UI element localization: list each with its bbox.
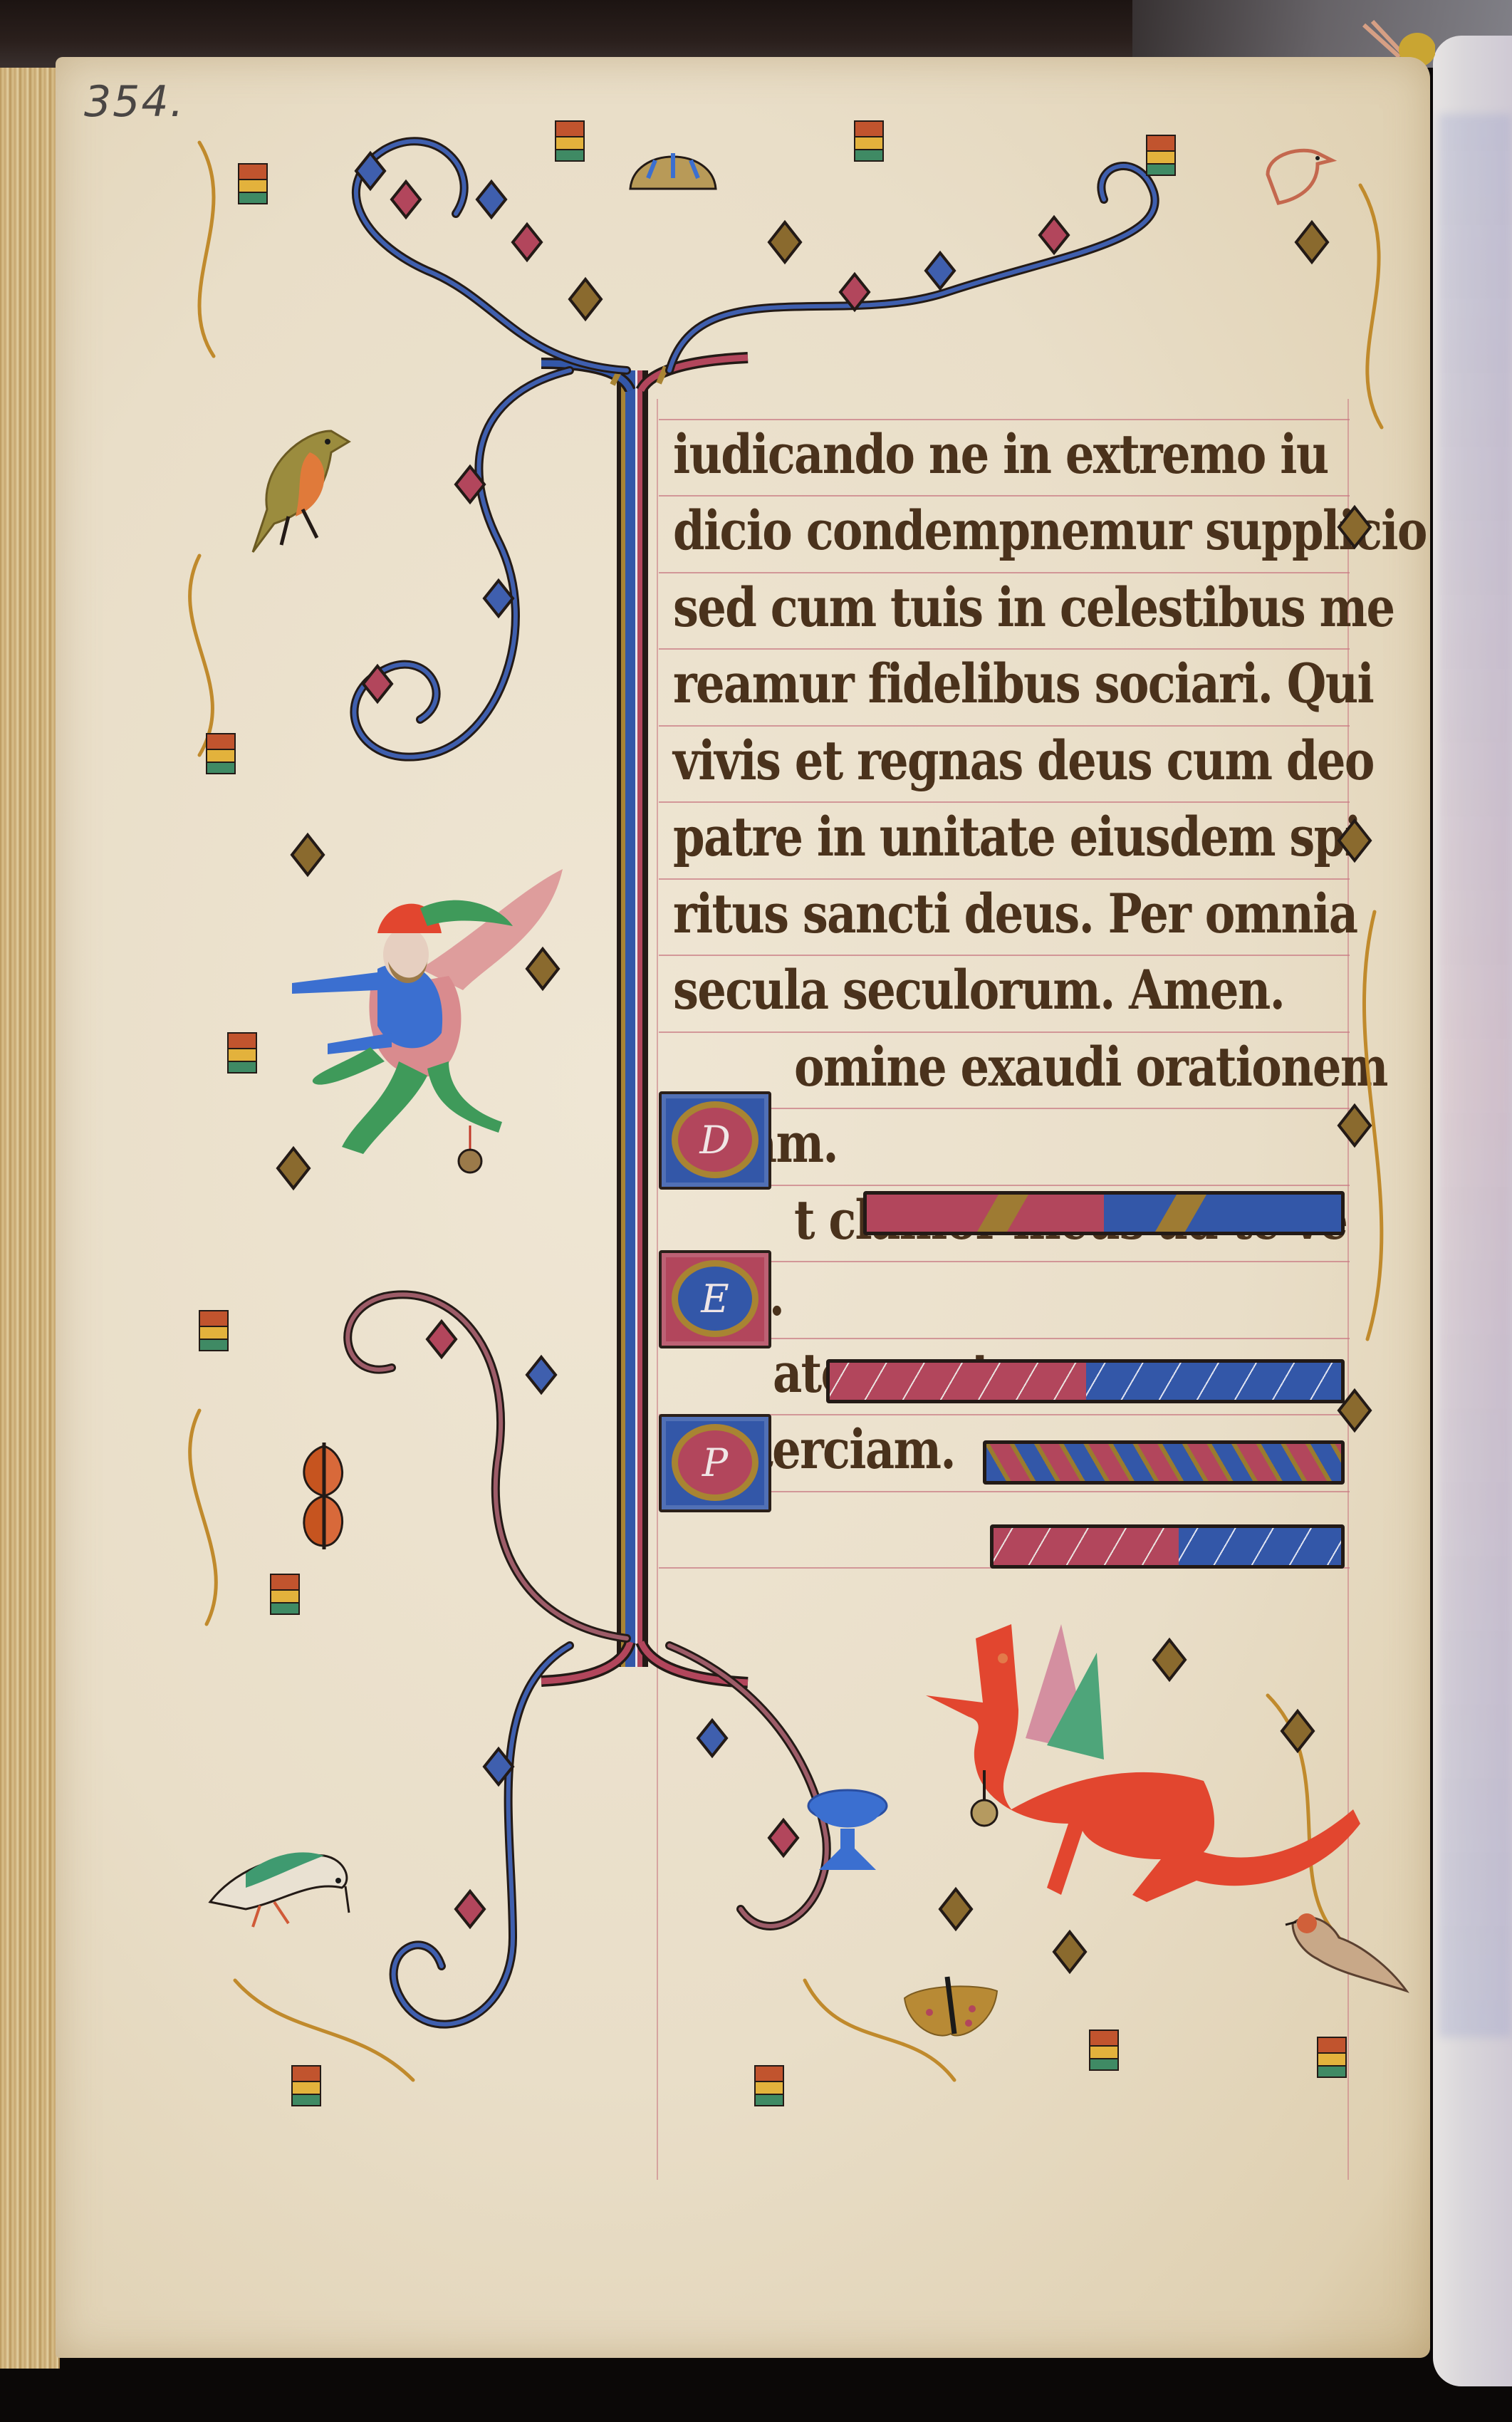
- songbird-illustration: [224, 402, 353, 566]
- dome-ornament-illustration: [627, 139, 719, 199]
- bud: [239, 164, 267, 204]
- pink-bird-illustration: [1261, 132, 1339, 210]
- adjacent-page-show-through: [1439, 114, 1512, 2037]
- chalice-illustration: [805, 1784, 890, 1877]
- red-dragon-illustration: [919, 1596, 1360, 1916]
- jester-hybrid-illustration: [264, 848, 577, 1183]
- small-bird-illustration: [1282, 1909, 1410, 2002]
- wading-bird-illustration: [203, 1831, 360, 1930]
- gold-butterfly-illustration: [901, 1963, 1001, 2041]
- book-block-edges: [0, 68, 60, 2369]
- butterfly-illustration: [296, 1439, 353, 1553]
